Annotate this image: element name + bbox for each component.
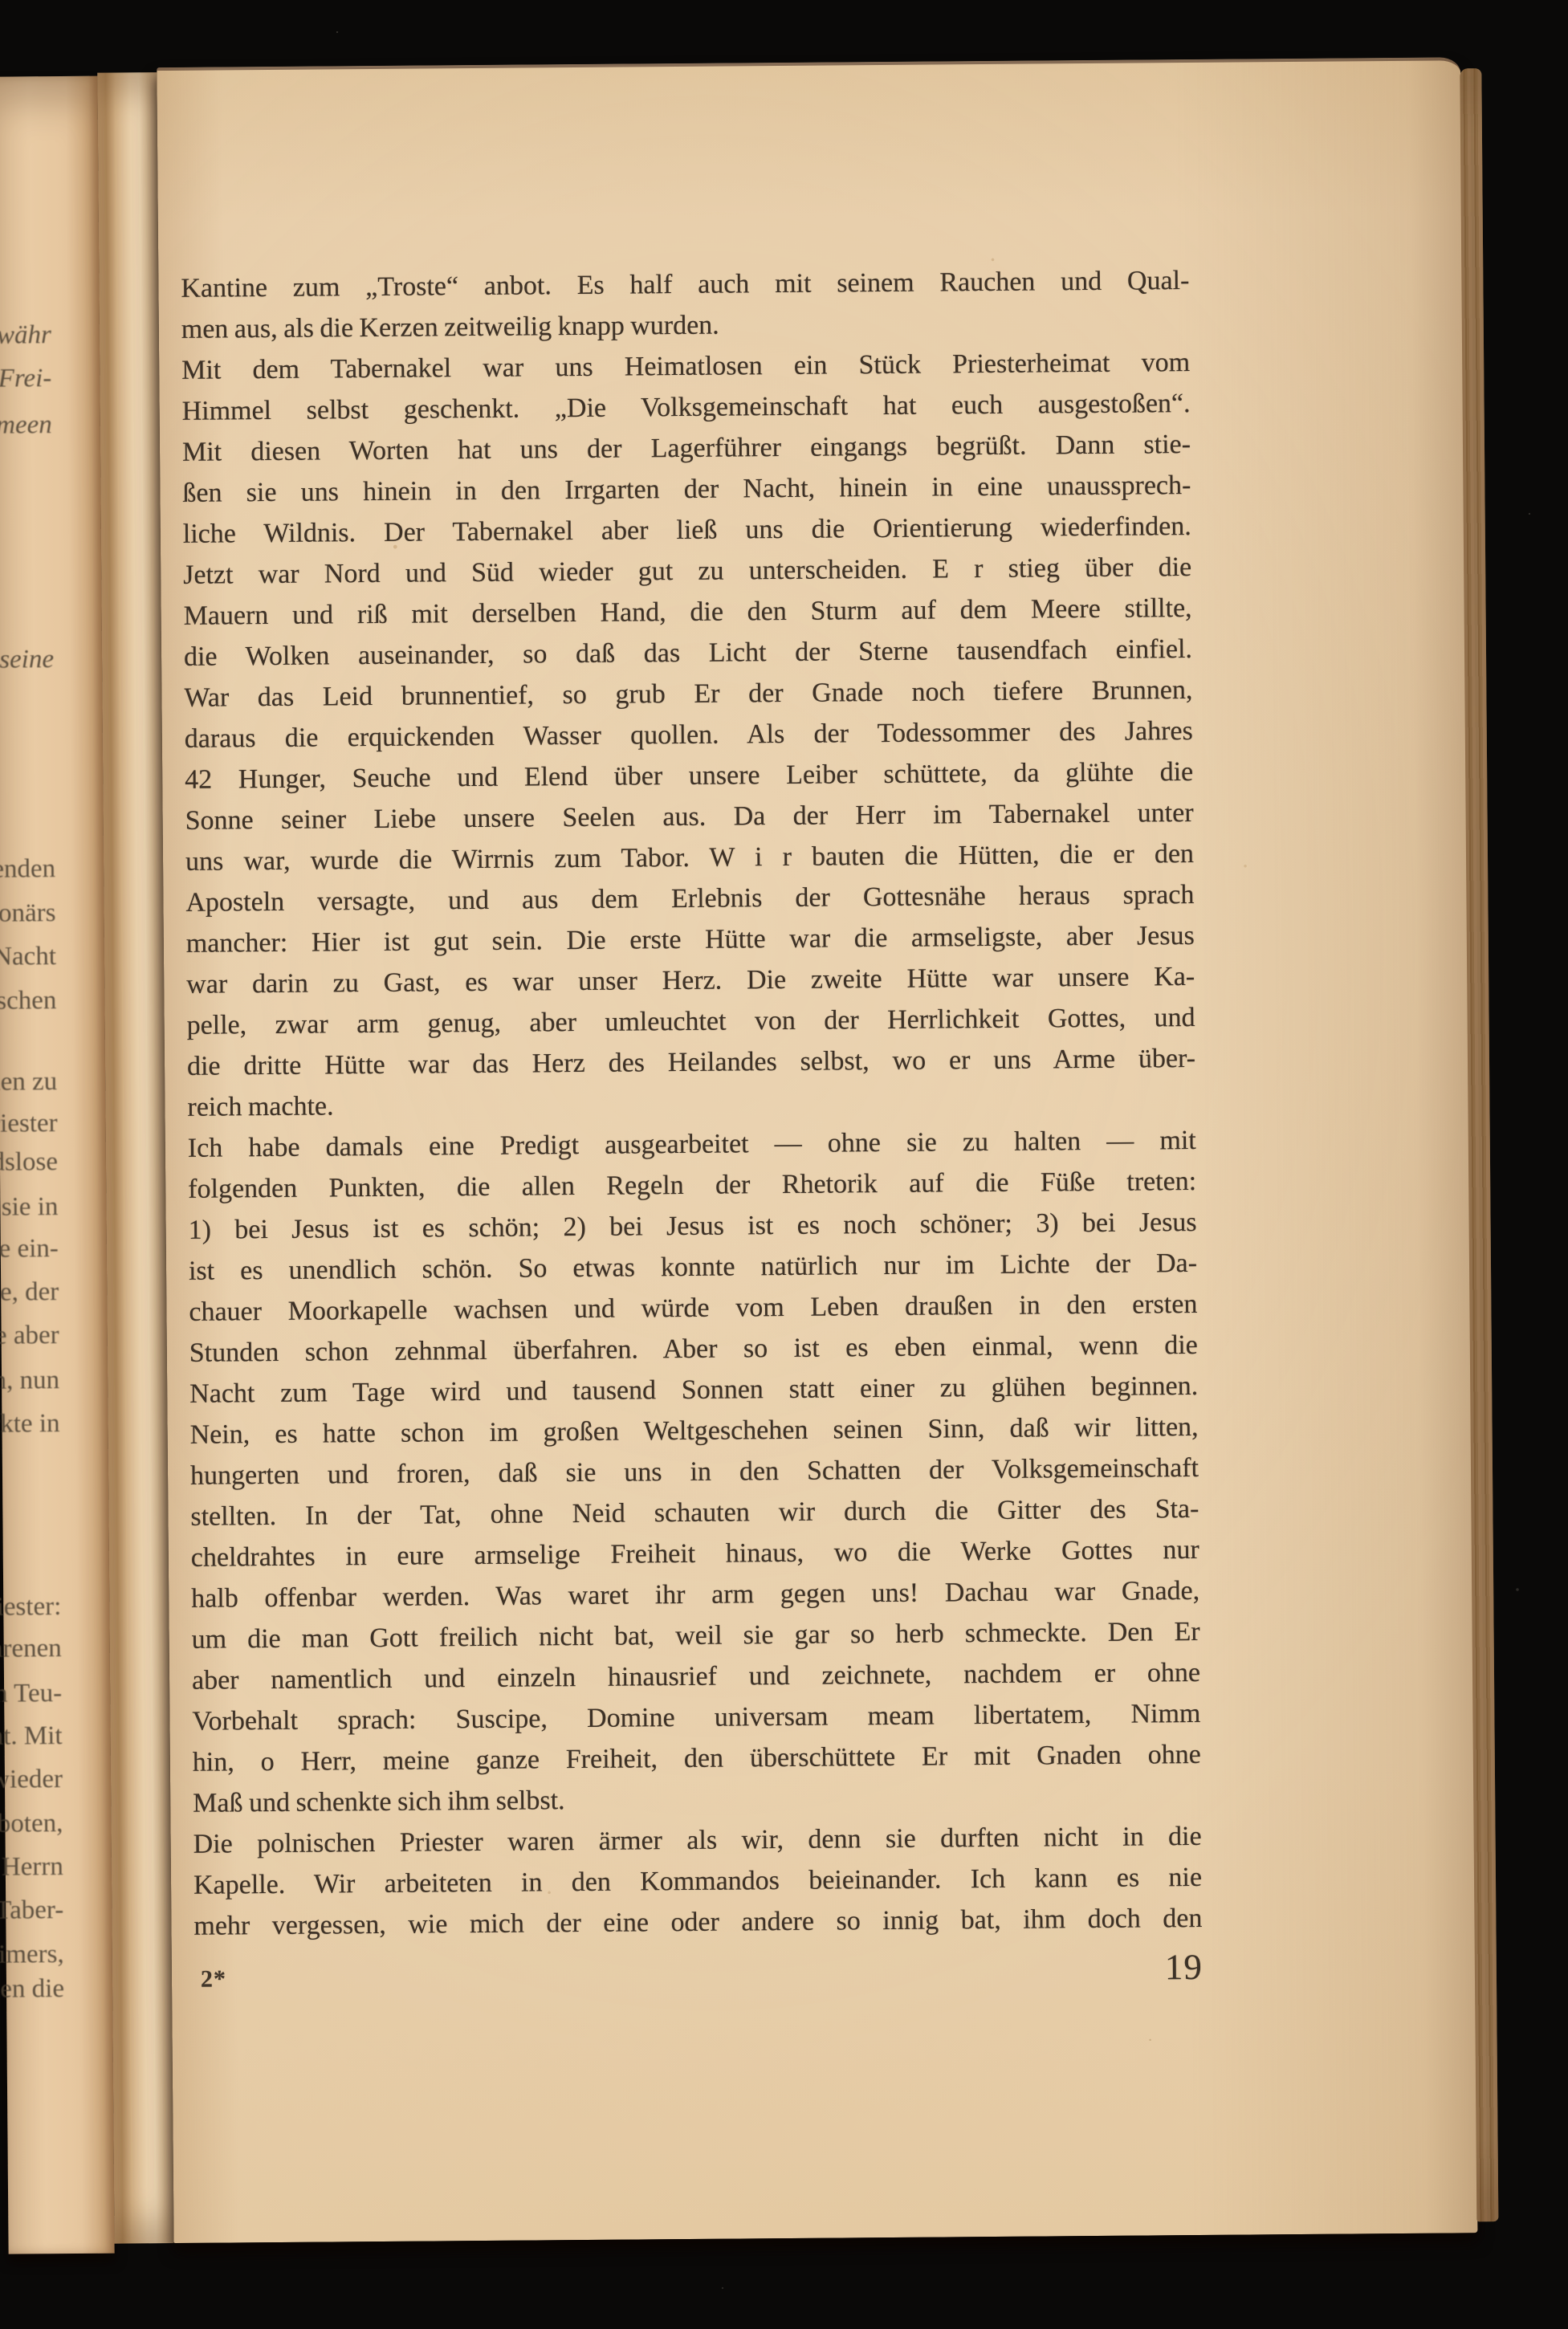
facing-page-line-fragment: dslose	[0, 1146, 58, 1179]
facing-page-line-fragment: ie aber	[0, 1319, 59, 1352]
facing-page-line-fragment: sie in	[2, 1191, 59, 1224]
facing-page-line-fragment: nen die	[0, 1973, 64, 2005]
facing-page-line-fragment: eboten,	[0, 1807, 63, 1840]
facing-page-line-fragment: wieder	[0, 1763, 63, 1796]
facing-page-line-fragment: gionärs	[0, 897, 56, 930]
text-line: Kantine zum „Troste“ anbot. Es half auch…	[181, 260, 1189, 309]
facing-page-line-fragment: seine	[0, 643, 54, 676]
facing-page-line-fragment: hrenen	[0, 1632, 62, 1665]
facing-page-line-fragment: riester:	[0, 1590, 61, 1623]
facing-page-line-fragment: genden	[0, 853, 55, 886]
facing-page-line-fragment: eimers,	[0, 1938, 64, 1971]
text-line: die dritte Hütte war das Herz des Heilan…	[187, 1038, 1195, 1087]
facing-page-line-fragment: Nacht	[0, 940, 56, 973]
facing-page-line-fragment: rmeen	[0, 409, 52, 442]
facing-page-line-fragment: ewähr	[0, 319, 51, 352]
facing-page-line-fragment: te, der	[0, 1276, 59, 1309]
scan-background: { "page": { "lines": [ "Kantine zum „Tro…	[0, 0, 1568, 2329]
facing-page-text-fragments: ewährFrei-rmeenseinegendengionärsNachtis…	[0, 76, 97, 77]
facing-page-line-fragment: ischen	[0, 984, 57, 1017]
signature-mark: 2*	[201, 1965, 226, 1993]
page-number: 19	[1165, 1946, 1203, 1988]
facing-page-line-fragment: riester	[0, 1107, 58, 1140]
facing-page-line-fragment: n, nun	[0, 1364, 59, 1397]
facing-page-line-fragment: Herrn	[2, 1851, 63, 1883]
book-scan: ewährFrei-rmeenseinegendengionärsNachtis…	[0, 0, 1568, 2329]
facing-page-line-fragment: Taber-	[0, 1894, 63, 1927]
facing-page-line-fragment: de ein-	[0, 1232, 59, 1265]
facing-page-edge: ewährFrei-rmeenseinegendengionärsNachtis…	[0, 76, 115, 2254]
facing-page-line-fragment: rkte in	[0, 1407, 60, 1440]
text-line: hin, o Herr, meine ganze Freiheit, den ü…	[193, 1734, 1201, 1783]
facing-page-line-fragment: n Teu-	[0, 1677, 62, 1710]
text-line: mehr vergessen, wie mich der eine oder a…	[193, 1898, 1202, 1947]
facing-page-line-fragment: Frei-	[0, 362, 51, 395]
open-book: ewährFrei-rmeenseinegendengionärsNachtis…	[0, 0, 1568, 2329]
page-footer: 2* 19	[194, 1946, 1203, 1996]
page-text-block: Kantine zum „Troste“ anbot. Es half auch…	[179, 0, 1206, 2329]
facing-page-line-fragment: nen zu	[0, 1065, 57, 1098]
text-lines: Kantine zum „Troste“ anbot. Es half auch…	[181, 260, 1202, 1947]
facing-page-line-fragment: ht. Mit	[0, 1720, 63, 1753]
